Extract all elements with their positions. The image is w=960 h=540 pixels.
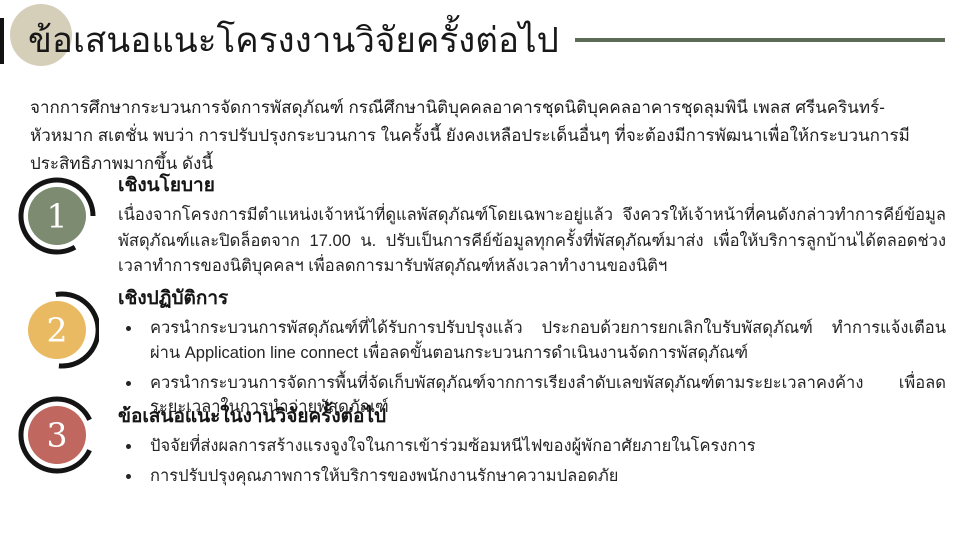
title-row: ข้อเสนอแนะโครงงานวิจัยครั้งต่อไป [0, 0, 945, 80]
title-rule [575, 38, 945, 42]
section-future-research: 3 ข้อเสนอแนะในงานวิจัยครั้งต่อไป ปัจจัยท… [15, 401, 946, 494]
section-policy-heading: เชิงนโยบาย [118, 170, 946, 200]
number-2-badge-icon: 2 [15, 288, 99, 372]
section-policy-content: เชิงนโยบาย เนื่องจากโครงการมีตำแหน่งเจ้า… [118, 170, 946, 280]
section-policy-body: เนื่องจากโครงการมีตำแหน่งเจ้าหน้าที่ดูแล… [118, 203, 946, 280]
section-future-research-heading: ข้อเสนอแนะในงานวิจัยครั้งต่อไป [118, 401, 946, 431]
presentation-slide: ข้อเสนอแนะโครงงานวิจัยครั้งต่อไป จากการศ… [0, 0, 960, 540]
section-future-research-bullets: ปัจจัยที่ส่งผลการสร้างแรงจูงใจในการเข้าร… [118, 434, 946, 489]
intro-paragraph: จากการศึกษากระบวนการจัดการพัสดุภัณฑ์ กรณ… [30, 94, 936, 179]
badge-number: 2 [47, 311, 68, 350]
section-future-research-content: ข้อเสนอแนะในงานวิจัยครั้งต่อไป ปัจจัยที่… [118, 401, 946, 494]
badge-1: 1 [15, 174, 99, 258]
badge-number: 3 [47, 416, 68, 455]
bullet-item: การปรับปรุงคุณภาพการให้บริการของพนักงานร… [142, 464, 946, 489]
page-title: ข้อเสนอแนะโครงงานวิจัยครั้งต่อไป [28, 23, 559, 58]
number-3-badge-icon: 3 [15, 393, 99, 477]
section-policy: 1 เชิงนโยบาย เนื่องจากโครงการมีตำแหน่งเจ… [15, 170, 946, 280]
badge-2: 2 [15, 288, 99, 372]
bullet-item: ปัจจัยที่ส่งผลการสร้างแรงจูงใจในการเข้าร… [142, 434, 946, 459]
badge-3: 3 [15, 393, 99, 477]
bullet-item: ควรนำกระบวนการพัสดุภัณฑ์ที่ได้รับการปรับ… [142, 316, 946, 366]
section-operational-heading: เชิงปฏิบัติการ [118, 283, 946, 313]
badge-number: 1 [47, 197, 68, 236]
number-1-badge-icon: 1 [15, 174, 99, 258]
